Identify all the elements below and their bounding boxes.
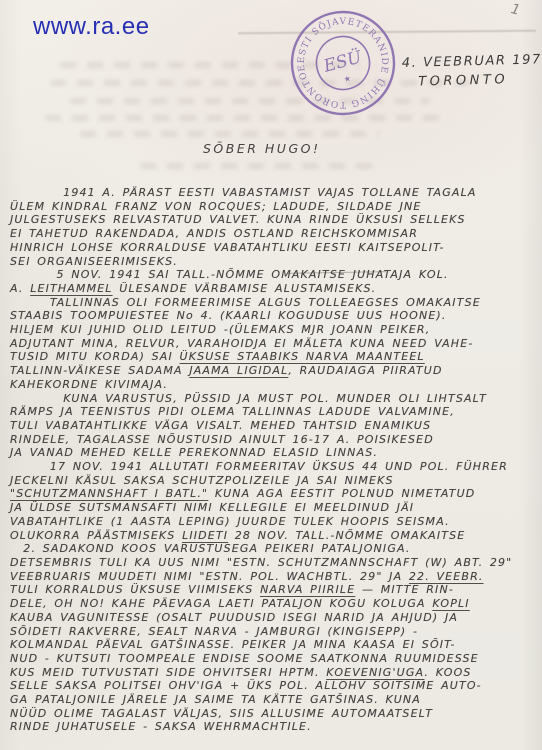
letter-line: 2. SADAKOND KOOS VARUSTUSEGA PEIKERI PAT… (10, 542, 537, 556)
letter-line: TULI KORRALDUS ÜKSUSE VIIMISEKS NARVA PI… (10, 583, 537, 597)
letter-line: SELLE SAKSA POLITSEI OHV'IGA + ÜKS POL. … (10, 679, 537, 693)
letter-line: HINRICH LOHSE KORRALDUSE VABATAHTLIKU EE… (10, 241, 537, 255)
letter-line: KOLMANDAL PÄEVAL GATŠINASSE. PEIKER JA M… (10, 638, 537, 652)
letter-line: KAUBA VAGUNITESSE (OSALT PUUDUSID ISEGI … (10, 611, 537, 625)
letter-line: NÜÜD OLIME TAGALAST VÄLJAS, SIIS ALLUSIM… (10, 707, 537, 721)
letter-line: ADJUTANT MINA, RELVUR, VARAHOIDJA EI MÄL… (10, 337, 537, 351)
letter-line: 5 NOV. 1941 SAI TALL.-NÕMME OMAKAITSE JU… (10, 268, 537, 282)
letter-line: KUNA VARUSTUS, PÜSSID JA MUST POL. MUNDE… (10, 392, 537, 406)
letter-line: KUS MEID TUTVUSTATI SIDE OHVITSERI HPTM.… (10, 666, 537, 680)
letter-line: JA VANAD MEHED KELLE PEREKONNAD ELASID L… (10, 446, 537, 460)
letter-line: TUSID MITU KORDA) SAI ÜKSUSE STAABIKS NA… (10, 350, 537, 364)
letter-line: "SCHUTZMANNSHAFT I BATL." KUNA AGA EESTI… (10, 487, 537, 501)
letter-line: TULI VABATAHTLIKKE VÄGA VISALT. MEHED TA… (10, 419, 537, 433)
letter-line: STAABIS TOOMPUIESTEE No 4. (KAARLI KOGUD… (10, 309, 537, 323)
salutation: SÕBER HUGO! (203, 141, 321, 156)
letter-line: JA ÜLDSE SUTSMANSAFTI NIMI KELLEGILE EI … (10, 501, 537, 515)
letter-line: EI TAHETUD RAKENDADA, ANDIS OSTLAND REIC… (10, 227, 537, 241)
letter-body: 1941 A. PÄRAST EESTI VABASTAMIST VAJAS T… (10, 186, 537, 734)
letter-date: 4. VEEBRUAR 1976 (402, 50, 542, 73)
letter-line: OLUKORRA PÄÄSTMISEKS LIIDETI 28 NOV. TAL… (10, 529, 537, 543)
letter-line: JECKELNI KÄSUL SAKSA SCHUTZPOLIZEILE JA … (10, 474, 537, 488)
scanned-letter-page: { "watermark": "www.ra.ee", "page_number… (0, 0, 542, 750)
letter-line: RINDE JUHATUSELE - SAKSA WEHRMACHTILE. (10, 720, 537, 734)
letter-line: GA PATALJONILE JÄRELE JA SAIME TA KÄTTE … (10, 693, 537, 707)
letter-line: 1941 A. PÄRAST EESTI VABASTAMIST VAJAS T… (10, 186, 537, 200)
veterans-association-stamp: EESTI SÕJAVETERANIDE ÜHING TORONTOS ESÜ … (287, 7, 399, 119)
stamp-monogram: ESÜ (320, 46, 364, 77)
letter-place: TORONTO (418, 69, 542, 92)
letter-line: NUD - KUTSUTI TOOMPEALE ENDISE SOOME SAA… (10, 652, 537, 666)
letter-line: DETSEMBRIS TULI KA UUS NIMI "ESTN. SCHUT… (10, 556, 537, 570)
letter-line: ÜLEM KINDRAL FRANZ VON ROCQUES; LADUDE, … (10, 200, 537, 214)
letter-line: JULGESTUSEKS RELVASTATUD VALVET. KUNA RI… (10, 213, 537, 227)
bleed-through-smudge (80, 131, 380, 137)
letter-line: KAHEKORDNE KIVIMAJA. (10, 378, 537, 392)
letter-line: HILJEM KUI JUHID OLID LEITUD -(ÜLEMAKS M… (10, 323, 537, 337)
letter-line: TALLINNAS OLI FORMEERIMISE ALGUS TOLLEAE… (10, 296, 537, 310)
letter-line: SEI ORGANISEERIMISEKS. (10, 255, 537, 269)
letter-line: VEEBRUARIS MUUDETI NIMI "ESTN. POL. WACH… (10, 570, 537, 584)
letter-line: VABATAHTLIKE (1 AASTA LEPING) JUURDE TUL… (10, 515, 537, 529)
letter-line: SÕIDETI RAKVERRE, SEALT NARVA - JAMBURGI… (10, 625, 537, 639)
dateline: 4. VEEBRUAR 1976 TORONTO (402, 50, 542, 92)
letter-line: RINDELE, TAGALASSE NÕUSTUSID AINULT 16-1… (10, 433, 537, 447)
letter-line: A. LEITHAMMEL ÜLESANDE VÄRBAMISE ALUSTAM… (10, 282, 537, 296)
letter-line: RÄMPS JA TEENISTUS PIDI OLEMA TALLINNAS … (10, 405, 537, 419)
page-number: 1 (509, 1, 522, 19)
letter-line: 17 NOV. 1941 ALLUTATI FORMEERITAV ÜKSUS … (10, 460, 537, 474)
stamp-star-icon: ★ (343, 74, 352, 85)
archive-watermark: www.ra.ee (33, 13, 150, 41)
letter-line: DELE, OH NO! KAHE PÄEVAGA LAETI PATALJON… (10, 597, 537, 611)
letter-line: TALLINN-VÄIKESE SADAMA JAAMA LIGIDAL, RA… (10, 364, 537, 378)
bleed-through-smudge (140, 163, 380, 169)
